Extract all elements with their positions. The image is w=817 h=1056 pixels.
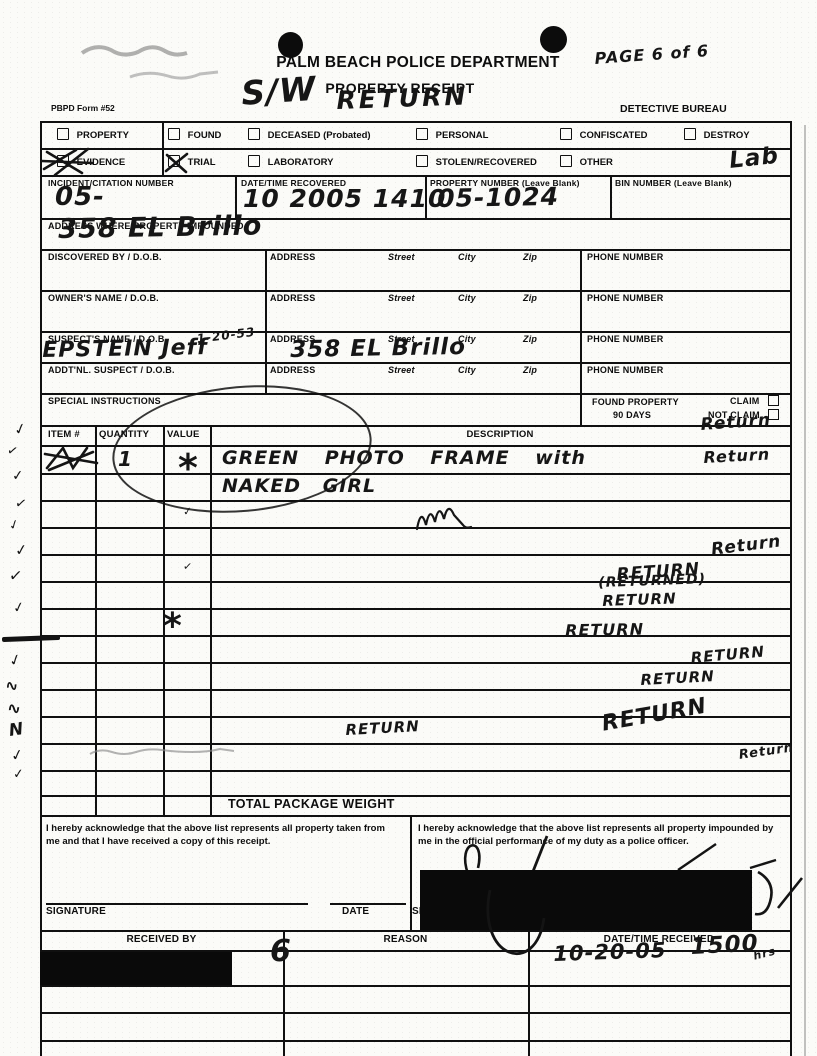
handwritten-time-received: 1500 (690, 930, 759, 960)
checkbox-square-icon (560, 128, 572, 140)
address-col-label: ADDRESS (270, 252, 315, 262)
checkbox-square-icon (416, 128, 428, 140)
phone-label: PHONE NUMBER (587, 365, 663, 375)
claim-label: CLAIM (730, 396, 760, 406)
claim-checkbox-icon (768, 395, 779, 406)
quantity-col-header: QUANTITY (99, 429, 149, 440)
received-by-header: RECEIVED BY (40, 934, 283, 945)
handwritten-date-received: 10-20-05 (553, 938, 667, 966)
handwritten-return-annotation: RETURN (565, 620, 644, 640)
checkbox-personal: PERSONAL (416, 128, 488, 141)
margin-squiggle: ∿ (6, 698, 22, 719)
signature-edge-strokes (744, 866, 814, 920)
trial-check-scribble (162, 150, 192, 176)
bureau-label: DETECTIVE BUREAU (620, 103, 727, 115)
item-number-scribble (42, 442, 106, 476)
checkbox-other: OTHER (560, 155, 613, 168)
margin-checkmark: ✓ (6, 443, 20, 460)
date-label: DATE (342, 906, 369, 917)
checkbox-property: PROPERTY (57, 128, 129, 141)
street-col-label: Street (388, 252, 415, 262)
margin-squiggle: ∿ (3, 675, 20, 696)
item-col-header: ITEM # (48, 429, 80, 440)
value-column-star-scribble: * (163, 606, 183, 647)
handwritten-property-number: 05-1024 (437, 182, 559, 213)
handwritten-incident-number: 05- (55, 182, 105, 212)
signature-line (46, 903, 308, 905)
address-col-label: ADDRESS (270, 365, 315, 375)
zip-col-label: Zip (523, 365, 537, 375)
checkbox-label: STOLEN/RECOVERED (436, 157, 537, 168)
zip-col-label: Zip (523, 293, 537, 303)
checkbox-square-icon (248, 128, 260, 140)
addtnl-suspect-label: ADDT'NL. SUSPECT / D.O.B. (48, 365, 175, 375)
discovered-by-label: DISCOVERED BY / D.O.B. (48, 252, 162, 262)
margin-checkmark: ✓ (11, 468, 24, 485)
street-col-label: Street (388, 365, 415, 375)
handwritten-return-annotation: Return (703, 445, 771, 467)
handwritten-impound-address: 358 EL Brillo (58, 210, 263, 245)
checkbox-square-icon (560, 155, 572, 167)
zip-col-label: Zip (523, 252, 537, 262)
handwritten-lab: Lab (728, 143, 780, 174)
phone-label: PHONE NUMBER (587, 252, 663, 262)
handwritten-return-note: RETURN (336, 81, 469, 115)
value-col-header: VALUE (167, 429, 200, 440)
handwritten-quantity: 1 (118, 447, 133, 471)
handwritten-sw-note: S/W (240, 69, 318, 113)
checkbox-label: PERSONAL (436, 130, 489, 141)
bin-number-label: BIN NUMBER (Leave Blank) (615, 178, 732, 188)
form-number: PBPD Form #52 (51, 103, 115, 113)
total-package-weight-label: TOTAL PACKAGE WEIGHT (228, 797, 395, 811)
checkbox-deceased: DECEASED (Probated) (248, 128, 371, 141)
handwritten-page-number: PAGE 6 of 6 (594, 41, 710, 68)
acknowledgment-left-text: I hereby acknowledge that the above list… (46, 822, 391, 849)
checkbox-label: DECEASED (Probated) (268, 130, 371, 141)
checkbox-confiscated: CONFISCATED (560, 128, 648, 141)
value-column-checkmark: ✓ (182, 560, 193, 574)
special-instructions-label: SPECIAL INSTRUCTIONS (48, 396, 161, 406)
checkbox-square-icon (416, 155, 428, 167)
margin-checkmark: ✓ (9, 745, 25, 765)
handwritten-suspect-address: 358 EL Brillo (290, 334, 466, 363)
margin-squiggle: N (8, 719, 25, 741)
checkbox-label: DESTROY (704, 130, 750, 141)
address-col-label: ADDRESS (270, 293, 315, 303)
handwritten-return-annotation: RETURN (602, 589, 677, 610)
redaction-box-received-by (40, 952, 232, 985)
margin-checkmark: ✓ (7, 649, 25, 670)
found-property-label: FOUND PROPERTY (592, 397, 679, 407)
city-col-label: City (458, 293, 476, 303)
large-pen-arc (452, 886, 564, 990)
checkbox-label: FOUND (188, 130, 222, 141)
margin-checkmark: ✓ (12, 419, 29, 440)
checkbox-label: CONFISCATED (580, 130, 648, 141)
handwritten-reason: 6 (270, 934, 292, 969)
faint-pencil-scribble (86, 744, 238, 762)
checkbox-square-icon (168, 128, 180, 140)
checkbox-destroy: DESTROY (684, 128, 750, 141)
scanned-property-receipt-page: PALM BEACH POLICE DEPARTMENT PROPERTY RE… (0, 0, 817, 1056)
checkbox-laboratory: LABORATORY (248, 155, 333, 168)
checkbox-found: FOUND (168, 128, 221, 141)
hole-punch-dot-right (540, 26, 567, 53)
value-column-checkmark: ✓ (182, 504, 193, 518)
handwritten-value-star: * (178, 446, 199, 490)
phone-label: PHONE NUMBER (587, 334, 663, 344)
checkbox-stolen-recovered: STOLEN/RECOVERED (416, 155, 537, 168)
margin-checkmark: ✓ (11, 599, 26, 617)
owner-name-label: OWNER'S NAME / D.O.B. (48, 293, 159, 303)
department-title: PALM BEACH POLICE DEPARTMENT (208, 54, 628, 72)
margin-checkmark: ✓ (7, 517, 22, 535)
phone-label: PHONE NUMBER (587, 293, 663, 303)
handwritten-description-line2: NAKED GIRL (222, 475, 376, 497)
street-col-label: Street (388, 293, 415, 303)
date-line (330, 903, 406, 905)
evidence-check-scribble (40, 144, 104, 180)
handwritten-description-line1: GREEN PHOTO FRAME with (222, 447, 586, 469)
checkbox-label: PROPERTY (77, 130, 129, 141)
cursive-squiggle-scribble (413, 503, 489, 535)
margin-checkmark: ✓ (8, 565, 23, 585)
zip-col-label: Zip (523, 334, 537, 344)
handwritten-datetime-recovered: 10 2005 1410 (243, 184, 446, 213)
city-col-label: City (458, 252, 476, 262)
margin-checkmark: ✓ (14, 540, 29, 560)
margin-checkmark: ✓ (14, 495, 28, 513)
found-property-days-label: 90 DAYS (613, 410, 651, 420)
checkbox-label: LABORATORY (268, 157, 334, 168)
margin-checkmark: ✓ (12, 767, 24, 783)
checkbox-label: OTHER (580, 157, 613, 168)
checkbox-square-icon (248, 155, 260, 167)
checkbox-square-icon (57, 128, 69, 140)
city-col-label: City (458, 365, 476, 375)
checkbox-square-icon (684, 128, 696, 140)
signature-label: SIGNATURE (46, 906, 106, 917)
handwritten-suspect-name: EPSTEIN Jeff (42, 335, 208, 363)
